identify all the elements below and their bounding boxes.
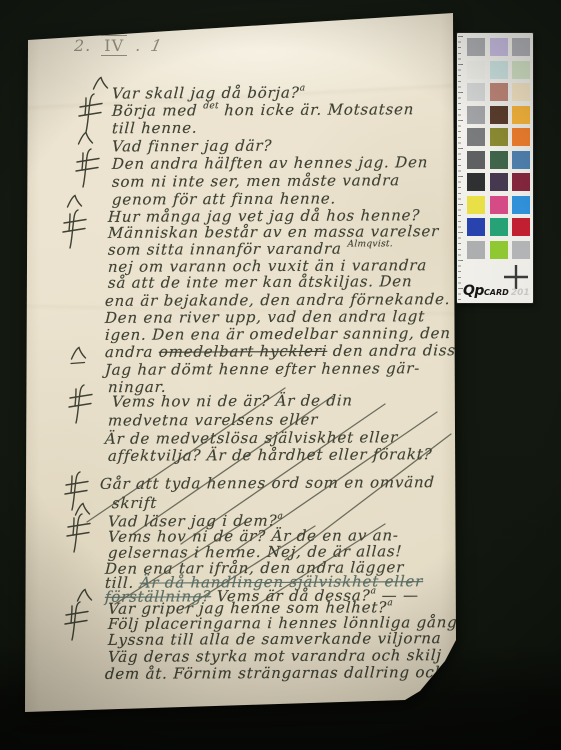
- manuscript-line: Vems hov ni de är? Är de din: [112, 391, 354, 410]
- qpcard-logo: QpCARD201: [463, 280, 530, 299]
- color-swatch: [467, 83, 485, 101]
- manuscript-segment-sup: tion: [502, 341, 521, 351]
- manuscript-segment: Vems hov ni de är? Är de din: [112, 391, 354, 410]
- color-swatch: [490, 61, 508, 79]
- color-swatch: [490, 173, 508, 191]
- margin-mark-crossed-icon: [62, 208, 88, 254]
- manuscript-segment: affektvilja? Är de hårdhet eller förakt?: [108, 445, 433, 465]
- manuscript-segment: andra: [105, 343, 160, 361]
- manuscript-segment: till henne.: [112, 119, 198, 137]
- color-swatch: [490, 196, 508, 214]
- manuscript-segment: Den andra hälften av hennes jag. Den: [112, 153, 429, 173]
- manuscript-line: som ni inte ser, men måste vandra: [112, 171, 401, 191]
- margin-mark-crossed-icon: [75, 147, 101, 193]
- manuscript-segment: medvetna varelsens eller: [108, 410, 319, 429]
- manuscript-page: 2.IV.1 Var skall jag då börja?aBörja med…: [22, 10, 458, 718]
- paper-shadow-wrap: 2.IV.1 Var skall jag då börja?aBörja med…: [22, 10, 458, 718]
- color-swatch: [490, 38, 508, 56]
- color-swatch: [512, 196, 530, 214]
- manuscript-segment: dem åt. Förnim strängarnas dallring och: [105, 663, 446, 683]
- manuscript-segment: den andra dissimula: [327, 341, 503, 360]
- margin-mark-crossed-icon: [68, 383, 94, 429]
- manuscript-segment: som ni inte ser, men måste vandra: [112, 171, 401, 191]
- annotation-separator: .: [135, 36, 141, 55]
- color-swatch: [490, 106, 508, 124]
- manuscript-segment: Börja med: [112, 101, 204, 119]
- manuscript-segment: genom för att finna henne.: [112, 189, 337, 208]
- color-swatch: [490, 151, 508, 169]
- color-swatch: [467, 218, 485, 236]
- color-swatch: [512, 61, 530, 79]
- manuscript-segment: skrift: [112, 494, 158, 512]
- color-swatch: [467, 61, 485, 79]
- manuscript-segment: hon icke är. Motsatsen: [218, 100, 414, 119]
- margin-mark-crossed-icon: [66, 512, 92, 558]
- color-swatch: [512, 106, 530, 124]
- manuscript-segment: Jag har dömt henne efter hennes gär-: [105, 359, 421, 379]
- manuscript-segment-sup: a: [387, 598, 393, 608]
- color-swatch: [467, 196, 485, 214]
- color-swatch: [467, 106, 485, 124]
- manuscript-line: medvetna varelsens eller: [108, 410, 319, 429]
- manuscript-line: Jag har dömt henne efter hennes gär-: [105, 359, 421, 379]
- manuscript-line: dem åt. Förnim strängarnas dallring och: [105, 663, 446, 683]
- color-swatch: [490, 241, 508, 259]
- manuscript-line: Går att tyda hennes ord som en omvänd: [100, 473, 436, 493]
- color-swatch: [512, 218, 530, 236]
- manuscript-line: Den andra hälften av hennes jag. Den: [112, 153, 429, 173]
- color-swatch: [467, 241, 485, 259]
- manuscript-segment-sup: a: [277, 512, 283, 522]
- margin-mark-crossed-icon: [64, 600, 90, 646]
- manuscript-segment-sup: a: [300, 83, 306, 93]
- manuscript-segment: Går att tyda hennes ord som en omvänd: [100, 473, 436, 493]
- manuscript-segment-sup: det: [203, 101, 219, 111]
- color-swatch: [467, 38, 485, 56]
- manuscript-line: Börja med det hon icke är. Motsatsen: [112, 100, 415, 120]
- qpcard-brand-text: Qp: [463, 283, 484, 299]
- manuscript-segment-sup: Almqvist.: [347, 239, 393, 249]
- photographed-manuscript-scene: 2.IV.1 Var skall jag då börja?aBörja med…: [0, 0, 561, 750]
- manuscript-line: Vad finner jag där?: [112, 137, 273, 156]
- archival-page-annotation: 2.IV.1: [74, 36, 162, 55]
- color-swatch: [467, 128, 485, 146]
- manuscript-segment: så att de inte mer kan åtskiljas. Den: [108, 272, 413, 292]
- qpcard-model-number: 201: [511, 288, 530, 298]
- annotation-page-number: 2.: [74, 36, 91, 55]
- qpcard-brand-suffix-text: CARD: [484, 288, 509, 297]
- color-swatch: [512, 128, 530, 146]
- annotation-roman-numeral: IV: [101, 35, 127, 56]
- ruler-ticks: [458, 36, 465, 300]
- color-swatch: [467, 151, 485, 169]
- color-swatch: [512, 151, 530, 169]
- color-swatch: [512, 38, 530, 56]
- color-swatch: [512, 83, 530, 101]
- color-swatch: [490, 218, 508, 236]
- margin-mark-caret-underline-icon: [70, 346, 87, 369]
- manuscript-segment: Vad finner jag där?: [112, 137, 273, 156]
- manuscript-line: så att de inte mer kan åtskiljas. Den: [108, 272, 413, 292]
- manuscript-line: skrift: [112, 494, 158, 512]
- manuscript-line: till henne.: [112, 119, 198, 137]
- annotation-leaf-number: 1: [149, 36, 164, 55]
- manuscript-segment: Var skall jag då börja?: [112, 84, 300, 103]
- manuscript-line: genom för att finna henne.: [112, 189, 337, 208]
- color-swatch: [512, 241, 530, 259]
- color-swatch: [490, 83, 508, 101]
- color-calibration-card: QpCARD201: [457, 33, 533, 303]
- manuscript-line: Var skall jag då börja?a: [112, 83, 306, 102]
- color-swatch: [490, 128, 508, 146]
- color-swatch-grid: [467, 38, 530, 259]
- manuscript-segment-struck: omedelbart hyckleri: [158, 342, 327, 361]
- manuscript-line: affektvilja? Är de hårdhet eller förakt?: [108, 445, 433, 465]
- color-swatch: [512, 173, 530, 191]
- color-swatch: [467, 173, 485, 191]
- manuscript-line: andra omedelbart hyckleri den andra diss…: [105, 341, 522, 361]
